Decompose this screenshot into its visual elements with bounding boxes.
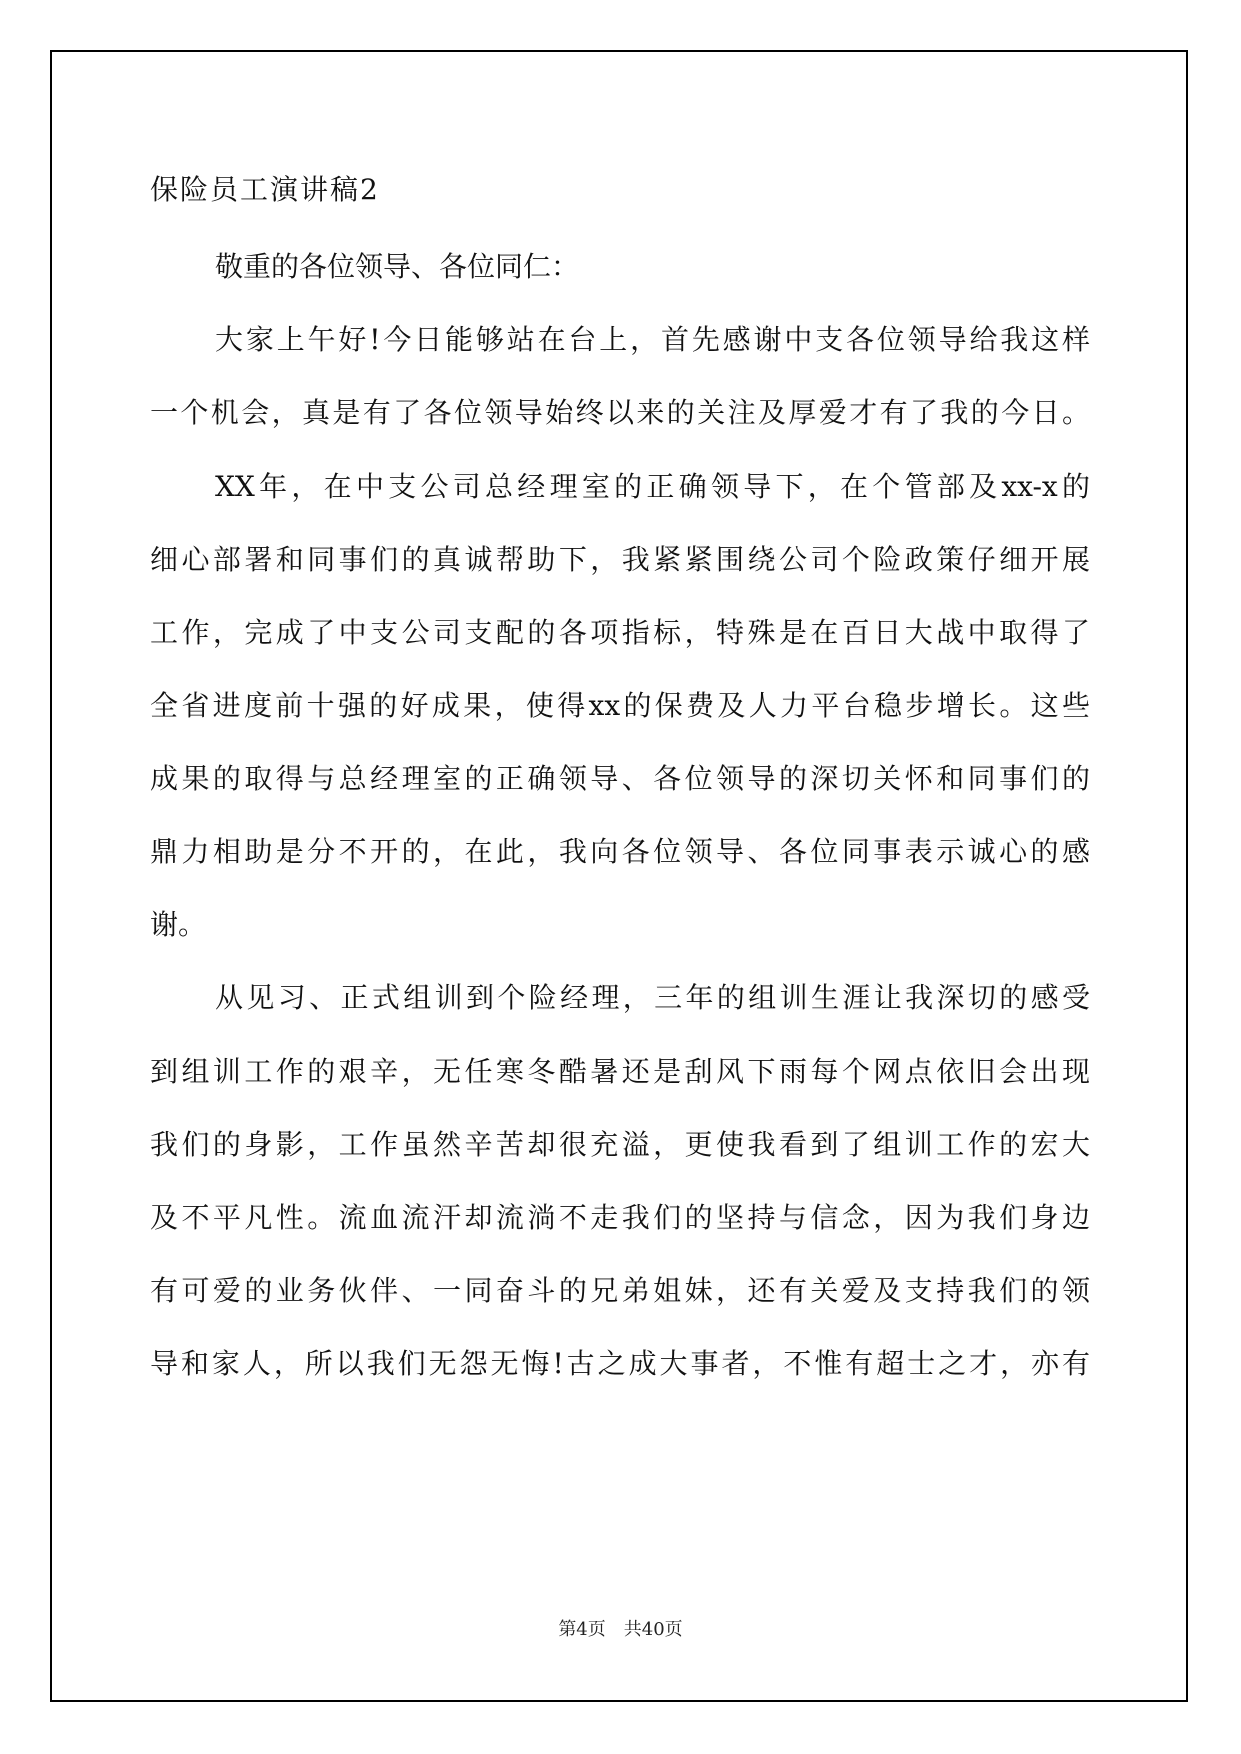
paragraph-line-salutation: 敬重的各位领导、各位同仁： (215, 247, 1090, 287)
paragraph-line: 谢。 (150, 905, 1090, 945)
paragraph-line: 细心部署和同事们的真诚帮助下，我紧紧围绕公司个险政策仔细开展 (150, 540, 1090, 580)
paragraph-line: 工作，完成了中支公司支配的各项指标，特殊是在百日大战中取得了 (150, 613, 1090, 653)
paragraph-line: 有可爱的业务伙伴、一同奋斗的兄弟姐妹，还有关爱及支持我们的领 (150, 1271, 1090, 1311)
document-title: 保险员工演讲稿2 (150, 170, 380, 210)
paragraph-line: 成果的取得与总经理室的正确领导、各位领导的深切关怀和同事们的 (150, 759, 1090, 799)
paragraph-line: XX年，在中支公司总经理室的正确领导下，在个管部及xx-x的 (215, 467, 1090, 507)
paragraph-line: 我们的身影，工作虽然辛苦却很充溢，更使我看到了组训工作的宏大 (150, 1125, 1090, 1165)
page-border (50, 50, 1188, 1702)
paragraph-line: 全省进度前十强的好成果，使得xx的保费及人力平台稳步增长。这些 (150, 686, 1090, 726)
paragraph-line: 导和家人，所以我们无怨无悔!古之成大事者，不惟有超士之才，亦有 (150, 1344, 1090, 1384)
paragraph-line: 从见习、正式组训到个险经理，三年的组训生涯让我深切的感受 (215, 978, 1090, 1018)
paragraph-line: 到组训工作的艰辛，无任寒冬酷暑还是刮风下雨每个网点依旧会出现 (150, 1052, 1090, 1092)
paragraph-line: 大家上午好!今日能够站在台上，首先感谢中支各位领导给我这样 (215, 320, 1090, 360)
page-number-footer: 第4页 共40页 (0, 1618, 1241, 1642)
paragraph-line: 鼎力相助是分不开的，在此，我向各位领导、各位同事表示诚心的感 (150, 832, 1090, 872)
paragraph-line: 一个机会，真是有了各位领导始终以来的关注及厚爱才有了我的今日。 (150, 393, 1090, 433)
paragraph-line: 及不平凡性。流血流汗却流淌不走我们的坚持与信念，因为我们身边 (150, 1198, 1090, 1238)
